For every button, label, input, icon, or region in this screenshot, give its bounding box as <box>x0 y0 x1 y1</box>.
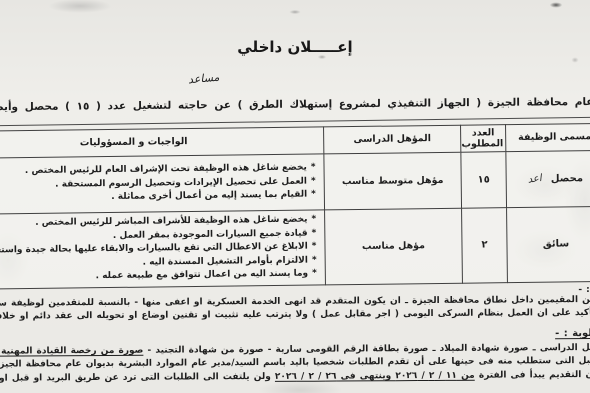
documents-line-2: قبل التى ستطلب منه فى حينها على أن تقدم … <box>0 356 590 371</box>
bottom-text-block: : - من المقيمين داخل نطاق محافظة الجيزة … <box>0 0 590 393</box>
documents-line-3: ان التقديم يبدأ فى الفترة من ١١ / ٢ / ٢٠… <box>0 370 590 384</box>
documents-line-3-underlined: من ١١ / ٢ / ٢٠٢٦ وينتهى فى ٢٦ / ٢ / ٢٠٢٦ <box>275 371 475 382</box>
documents-line-3-tail: ولن يلتفت الى الطلبات التى ترد عن طريق ا… <box>0 372 275 384</box>
documents-line-1-underlined: صورة من رخصة القيادة المهنية سارية بالنس… <box>0 346 143 358</box>
documents-heading-fragment: لوبة : - <box>555 328 590 339</box>
conditions-line-2: تأكيد على ان العمل بنظام السركى اليومى (… <box>0 308 590 322</box>
scanned-announcement-page: { "doc": { "title": "إعـــــلان داخلي", … <box>0 0 590 393</box>
conditions-heading-fragment: : - <box>578 285 590 295</box>
documents-line-3-text: ان التقديم يبدأ فى الفترة <box>475 370 590 381</box>
documents-line-1-text: هل الدراسى ـ صورة شهادة الميلاد ـ صورة ب… <box>143 343 590 356</box>
documents-line-2-text: قبل التى ستطلب منه فى حينها على أن تقدم … <box>0 356 590 370</box>
